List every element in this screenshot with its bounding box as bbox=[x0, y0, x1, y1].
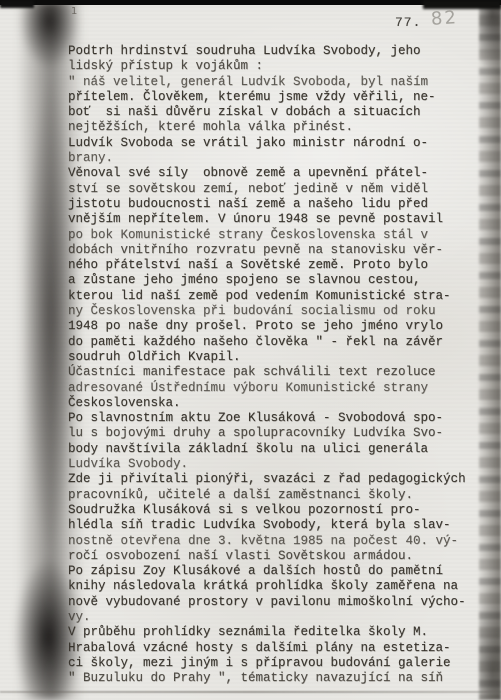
page-number-pencil: 82 bbox=[430, 7, 458, 30]
text-line: přítelem. Člověkem, kterému jsme vždy vě… bbox=[68, 90, 483, 105]
text-line: Podtrh hrdinství soudruha Ludvíka Svobod… bbox=[68, 44, 483, 59]
text-line: V průběhu prohlídky seznámila ředitelka … bbox=[68, 625, 483, 640]
text-line: Věnoval své síly obnově země a upevnění … bbox=[68, 166, 483, 181]
text-line: Ludvíka Svobody. bbox=[68, 457, 483, 472]
text-line: Československa. bbox=[68, 396, 483, 411]
text-line: po bok Komunistické strany Československ… bbox=[68, 228, 483, 243]
text-line: a zůstane jeho jméno spojeno se slavnou … bbox=[68, 273, 483, 288]
page-number-typed: 77. bbox=[395, 15, 421, 30]
text-line: Po slavnostním aktu Zoe Klusáková - Svob… bbox=[68, 411, 483, 426]
text-line: do paměti každého našeho člověka " - řek… bbox=[68, 335, 483, 350]
pencil-mark-top-left: 1 bbox=[71, 6, 77, 17]
text-line: jistotu budoucnosti naší země a našeho l… bbox=[68, 197, 483, 212]
text-line: vy. bbox=[68, 610, 483, 625]
text-line: Účastníci manifestace pak schválili text… bbox=[68, 365, 483, 380]
text-line: ci školy, mezi jiným i s přípravou budov… bbox=[68, 656, 483, 671]
text-line: " Buzuluku do Prahy ", tématicky navazuj… bbox=[68, 671, 483, 686]
text-line: knihy následovala krátká prohlídka školy… bbox=[68, 579, 483, 594]
text-line: Ludvík Svoboda se vrátil jako ministr ná… bbox=[68, 136, 483, 151]
text-line: 1948 po naše dny prošel. Proto se jeho j… bbox=[68, 319, 483, 334]
typewritten-text-block: Podtrh hrdinství soudruha Ludvíka Svobod… bbox=[68, 44, 483, 686]
text-line: boť si naši důvěru získal v dobách a sit… bbox=[68, 105, 483, 120]
text-line: hlédla síň tradic Ludvíka Svobody, která… bbox=[68, 518, 483, 533]
text-line: pracovníků, učitelé a další zaměstnanci … bbox=[68, 488, 483, 503]
text-line: kterou lid naší země pod vedením Komunis… bbox=[68, 289, 483, 304]
scan-artifact-bottom-line bbox=[0, 691, 501, 693]
scan-edge-top-left bbox=[0, 0, 34, 8]
text-line: Po zápisu Zoy Klusákové a dalších hostů … bbox=[68, 564, 483, 579]
text-line: dobách vnitřního rozvratu pevně na stano… bbox=[68, 243, 483, 258]
text-line: nejtěžších, které mohla válka přinést. bbox=[68, 120, 483, 135]
text-line: adresované Ústřednímu výboru Komunistick… bbox=[68, 381, 483, 396]
text-line: nostně otevřena dne 3. května 1985 na po… bbox=[68, 534, 483, 549]
text-line: " náš velitel, generál Ludvík Svoboda, b… bbox=[68, 75, 483, 90]
text-line: vnějším nepřítelem. V únoru 1948 se pevn… bbox=[68, 212, 483, 227]
text-line: lidský přístup k vojákům : bbox=[68, 59, 483, 74]
text-line: Hrabalová vzácné hosty s dalšími plány n… bbox=[68, 641, 483, 656]
text-line: ny Československa při budování socialism… bbox=[68, 304, 483, 319]
text-line: Soudružka Klusáková si s velkou pozornos… bbox=[68, 503, 483, 518]
text-line: ného přátelství naší a Sovětské země. Pr… bbox=[68, 258, 483, 273]
text-line: soudruh Oldřich Kvapil. bbox=[68, 350, 483, 365]
text-line: ročí osvobození naší vlasti Sovětskou ar… bbox=[68, 549, 483, 564]
scanned-document-page: 1 77. 82 Podtrh hrdinství soudruha Ludví… bbox=[0, 0, 501, 700]
text-line: ství se sovětskou zemí, neboť jedině v n… bbox=[68, 182, 483, 197]
text-line: lu s bojovými druhy a spolupracovníky Lu… bbox=[68, 426, 483, 441]
text-line: brany. bbox=[68, 151, 483, 166]
text-line: nově vybudované prostory v pavilonu mimo… bbox=[68, 595, 483, 610]
text-line: Zde ji přivítali pionýři, svazáci z řad … bbox=[68, 472, 483, 487]
text-line: body navštívila základní školu na ulici … bbox=[68, 442, 483, 457]
